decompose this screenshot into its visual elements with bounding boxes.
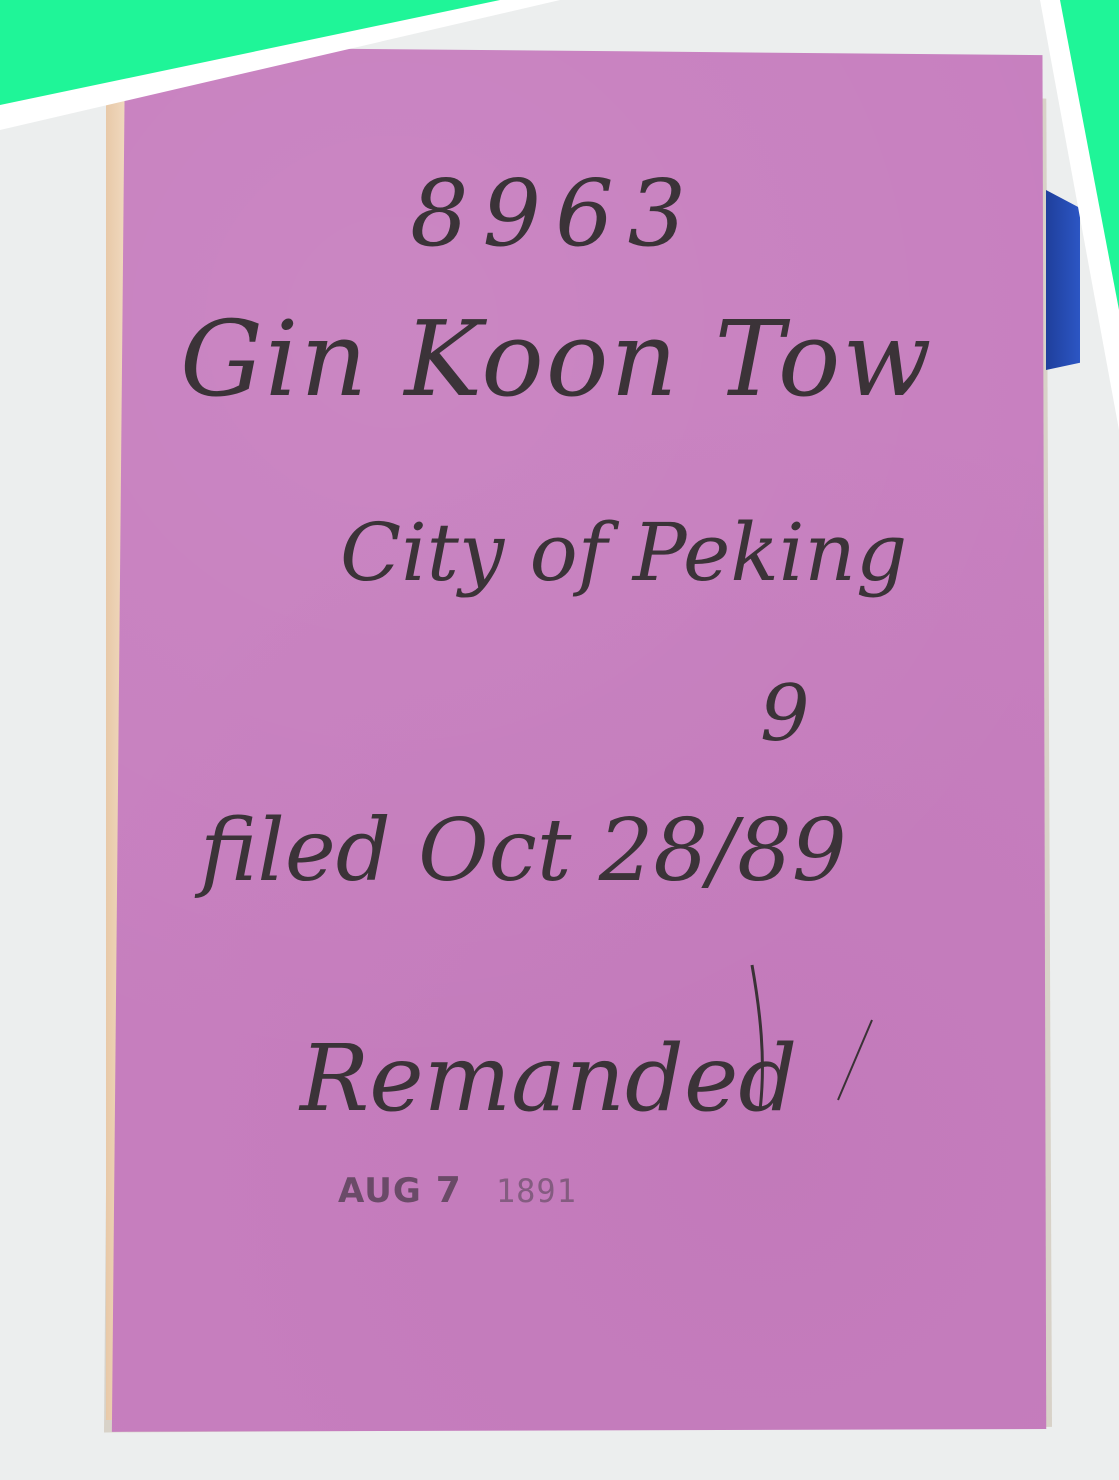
top-left-green-accent	[0, 0, 500, 105]
scan-scene: 8963 Gin Koon Tow City of Peking 9 filed…	[0, 0, 1119, 1480]
corner-overlays	[0, 0, 1119, 1480]
